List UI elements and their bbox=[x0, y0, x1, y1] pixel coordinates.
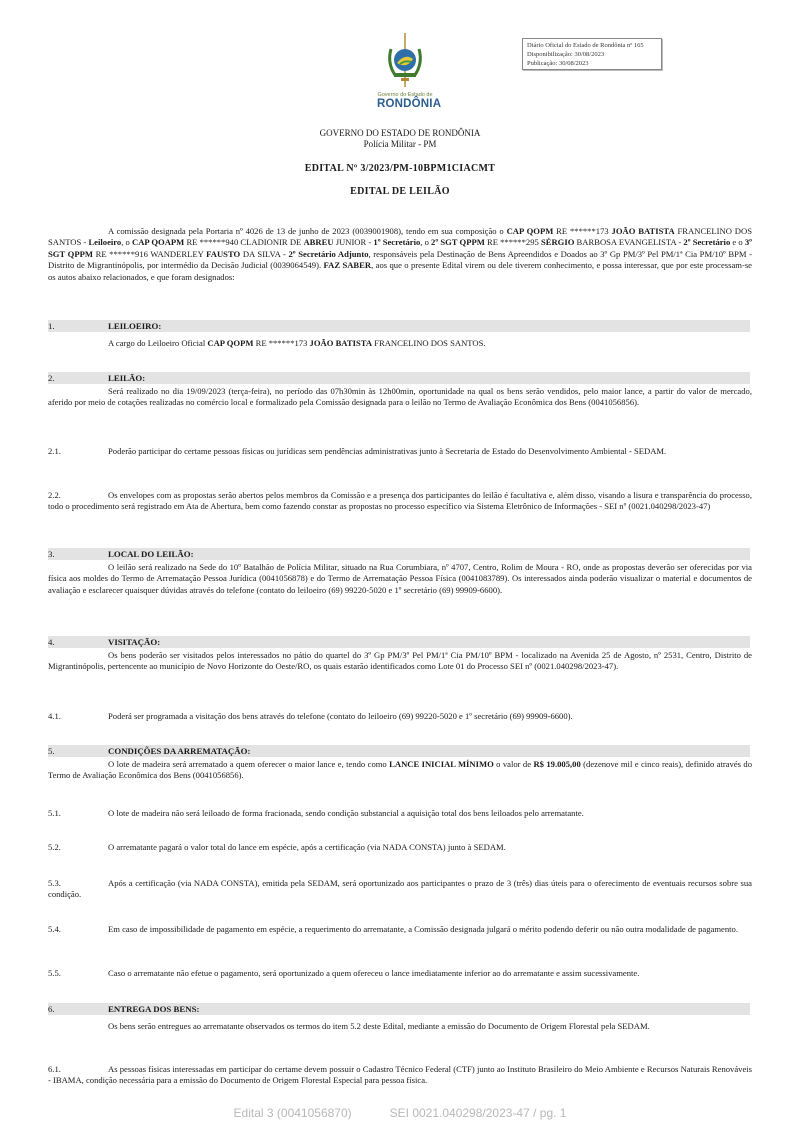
clause-5-3: 5.3.Após a certificação (via NADA CONSTA… bbox=[48, 878, 752, 901]
footer-document-reference: Edital 3 (0041056870) bbox=[234, 1106, 352, 1120]
document-header: GOVERNO DO ESTADO DE RONDÔNIA Polícia Mi… bbox=[0, 128, 800, 150]
section-heading-condicoes: 5. CONDIÇÕES DA ARREMATAÇÃO: bbox=[48, 745, 750, 757]
edital-title: EDITAL DE LEILÃO bbox=[0, 186, 800, 197]
footer-sei-reference: SEI 0021.040298/2023-47 / pg. 1 bbox=[390, 1106, 567, 1120]
gazette-number: Diário Oficial do Estado de Rondônia nº … bbox=[527, 41, 657, 50]
section-local-text: O leilão será realizado na Sede do 10º B… bbox=[48, 562, 752, 596]
agency-name: Polícia Militar - PM bbox=[0, 139, 800, 150]
section-condicoes-text: O lote de madeira será arrematado a quem… bbox=[48, 759, 752, 782]
publication-date: Publicação: 30/08/2023 bbox=[527, 59, 657, 68]
clause-6-1: 6.1.As pessoas físicas interessadas em p… bbox=[48, 1064, 752, 1087]
rondonia-coat-of-arms-logo: Governo do Estado de RONDÔNIA bbox=[377, 33, 433, 119]
coat-of-arms-icon bbox=[385, 33, 425, 91]
section-heading-entrega: 6. ENTREGA DOS BENS: bbox=[48, 1003, 750, 1015]
section-visitacao-text: Os bens poderão ser visitados pelos inte… bbox=[48, 650, 752, 673]
section-heading-visitacao: 4. VISITAÇÃO: bbox=[48, 636, 750, 648]
clause-5-4: 5.4.Em caso de impossibilidade de pagame… bbox=[48, 924, 752, 935]
government-name: GOVERNO DO ESTADO DE RONDÔNIA bbox=[0, 128, 800, 139]
section-entrega-text: Os bens serão entregues ao arrematante o… bbox=[48, 1019, 752, 1033]
intro-paragraph: A comissão designada pela Portaria nº 40… bbox=[48, 226, 752, 283]
availability-date: Disponibilização: 30/08/2023 bbox=[527, 50, 657, 59]
section-leilao-text: Será realizado no dia 19/09/2023 (terça-… bbox=[48, 386, 752, 409]
clause-5-2: 5.2.O arrematante pagará o valor total d… bbox=[48, 842, 752, 853]
edital-number: EDITAL Nº 3/2023/PM-10BPM1CIACMT bbox=[0, 163, 800, 174]
document-page: Governo do Estado de RONDÔNIA Diário Ofi… bbox=[0, 0, 800, 1132]
section-leiloeiro-text: A cargo do Leiloeiro Oficial CAP QOPM RE… bbox=[48, 338, 752, 349]
clause-2-2: 2.2.Os envelopes com as propostas serão … bbox=[48, 490, 752, 513]
clause-4-1: 4.1.Poderá ser programada a visitação do… bbox=[48, 711, 752, 722]
section-heading-local: 3. LOCAL DO LEILÃO: bbox=[48, 548, 750, 560]
page-footer: Edital 3 (0041056870)SEI 0021.040298/202… bbox=[0, 1106, 800, 1120]
clause-2-1: 2.1.Poderão participar do certame pessoa… bbox=[48, 446, 752, 457]
section-heading-leiloeiro: 1. LEILOEIRO: bbox=[48, 320, 750, 332]
clause-5-1: 5.1.O lote de madeira não será leiloado … bbox=[48, 808, 752, 819]
logo-caption-state: RONDÔNIA bbox=[377, 98, 433, 110]
publication-info-box: Diário Oficial do Estado de Rondônia nº … bbox=[522, 38, 662, 70]
clause-5-5: 5.5.Caso o arrematante não efetue o paga… bbox=[48, 968, 752, 979]
section-heading-leilao: 2. LEILÃO: bbox=[48, 372, 750, 384]
